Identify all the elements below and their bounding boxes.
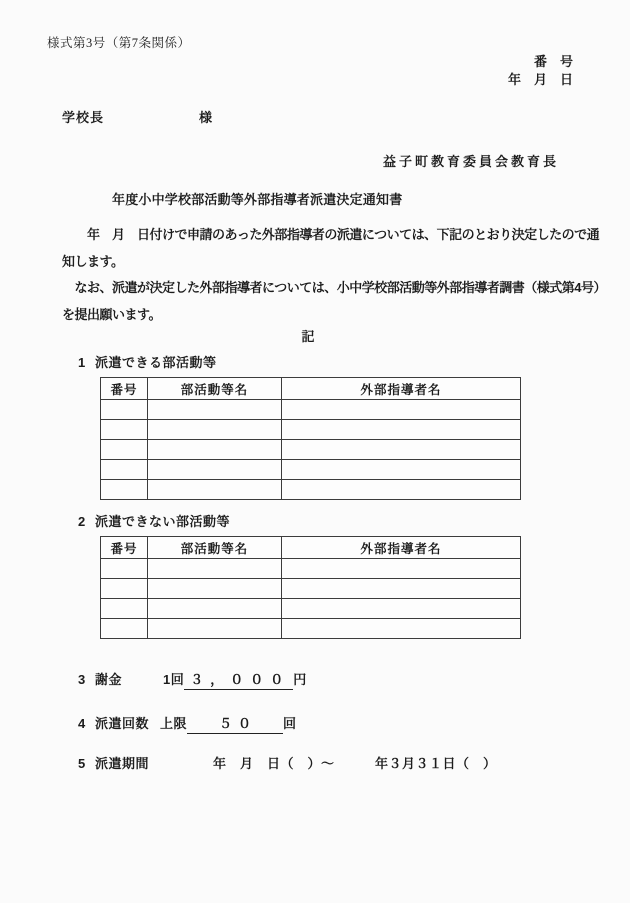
table-row (101, 480, 521, 500)
table-cell-empty (148, 440, 282, 460)
dispatch-decision-notice-document: 様式第3号（第7条関係） 番 号 年 月 日 学校長様 益子町教育委員会教育長 … (0, 0, 630, 903)
dispatch-count-item: 4派遣回数上限５０回 (78, 713, 297, 734)
table-cell-empty (282, 480, 521, 500)
dispatch-count-prefix: 上限 (160, 716, 187, 731)
table-row (101, 440, 521, 460)
fee-item: 3謝金1回３，０００円 (78, 669, 307, 690)
fee-amount-value: ３，０００ (184, 669, 293, 690)
non-dispatchable-activities-rows (101, 559, 521, 639)
section-heading-non-dispatchable: 2派遣できない部活動等 (78, 511, 230, 530)
table-cell-empty (282, 579, 521, 599)
table-row (101, 619, 521, 639)
table-cell-empty (148, 460, 282, 480)
body-paragraphs: 年 月 日付けで申請のあった外部指導者の派遣については、下記のとおり決定したので… (62, 222, 600, 328)
table-header-row: 番号 部活動等名 外部指導者名 (101, 378, 521, 400)
table-cell-empty (101, 480, 148, 500)
sender-line: 益子町教育委員会教育長 (383, 151, 559, 170)
dispatch-period-value: 年 月 日（ ）～ 年３月３１日（ ） (213, 756, 497, 771)
section-title: 派遣できる部活動等 (95, 355, 217, 370)
form-number: 様式第3号（第7条関係） (47, 33, 191, 51)
table-cell-empty (101, 460, 148, 480)
table-cell-empty (101, 440, 148, 460)
table-cell-empty (148, 400, 282, 420)
addressee-title: 学校長 (62, 110, 104, 125)
table-row (101, 579, 521, 599)
column-header-activity-name: 部活動等名 (148, 378, 282, 400)
non-dispatchable-activities-table: 番号 部活動等名 外部指導者名 (100, 536, 521, 639)
table-cell-empty (148, 559, 282, 579)
table-row (101, 599, 521, 619)
section-heading-dispatchable: 1派遣できる部活動等 (78, 352, 217, 371)
table-row (101, 420, 521, 440)
table-cell-empty (282, 599, 521, 619)
table-cell-empty (101, 579, 148, 599)
table-header-row: 番号 部活動等名 外部指導者名 (101, 537, 521, 559)
document-date-field: 年 月 日 (508, 71, 573, 89)
item-number: 4 (78, 716, 95, 731)
document-number-field: 番 号 (508, 53, 573, 71)
table-cell-empty (282, 440, 521, 460)
item-number: 5 (78, 756, 95, 771)
dispatchable-activities-rows (101, 400, 521, 500)
column-header-instructor-name: 外部指導者名 (282, 378, 521, 400)
fee-label: 謝金 (95, 669, 163, 688)
table-cell-empty (282, 619, 521, 639)
column-header-number: 番号 (101, 378, 148, 400)
table-cell-empty (101, 400, 148, 420)
section-number: 2 (78, 514, 95, 529)
section-number: 1 (78, 355, 95, 370)
dispatch-period-item: 5派遣期間年 月 日（ ）～ 年３月３１日（ ） (78, 753, 497, 772)
addressee-line: 学校長様 (62, 107, 213, 126)
paragraph-notification: 年 月 日付けで申請のあった外部指導者の派遣については、下記のとおり決定したので… (62, 222, 600, 275)
column-header-activity-name: 部活動等名 (148, 537, 282, 559)
table-cell-empty (148, 420, 282, 440)
table-cell-empty (282, 400, 521, 420)
addressee-honorific: 様 (199, 110, 213, 125)
table-cell-empty (282, 420, 521, 440)
item-number: 3 (78, 672, 95, 687)
table-cell-empty (148, 480, 282, 500)
dispatch-period-label: 派遣期間 (95, 753, 213, 772)
dispatch-count-suffix: 回 (283, 716, 297, 731)
column-header-instructor-name: 外部指導者名 (282, 537, 521, 559)
paragraph-note: なお、派遣が決定した外部指導者については、小中学校部活動等外部指導者調書（様式第… (62, 275, 600, 328)
table-cell-empty (282, 460, 521, 480)
record-marker: 記 (0, 326, 616, 345)
table-cell-empty (101, 420, 148, 440)
column-header-number: 番号 (101, 537, 148, 559)
table-cell-empty (101, 619, 148, 639)
dispatch-count-label: 派遣回数 (95, 713, 160, 732)
dispatchable-activities-table: 番号 部活動等名 外部指導者名 (100, 377, 521, 500)
fee-suffix: 円 (293, 672, 307, 687)
table-cell-empty (148, 599, 282, 619)
table-cell-empty (282, 559, 521, 579)
fee-prefix: 1回 (163, 672, 184, 687)
table-row (101, 460, 521, 480)
dispatch-count-value: ５０ (187, 713, 283, 734)
table-cell-empty (148, 579, 282, 599)
table-cell-empty (101, 559, 148, 579)
section-title: 派遣できない部活動等 (95, 514, 230, 529)
table-row (101, 400, 521, 420)
document-title: 年度小中学校部活動等外部指導者派遣決定通知書 (112, 189, 402, 208)
table-row (101, 559, 521, 579)
document-number-date-block: 番 号 年 月 日 (508, 53, 573, 89)
table-cell-empty (101, 599, 148, 619)
table-cell-empty (148, 619, 282, 639)
